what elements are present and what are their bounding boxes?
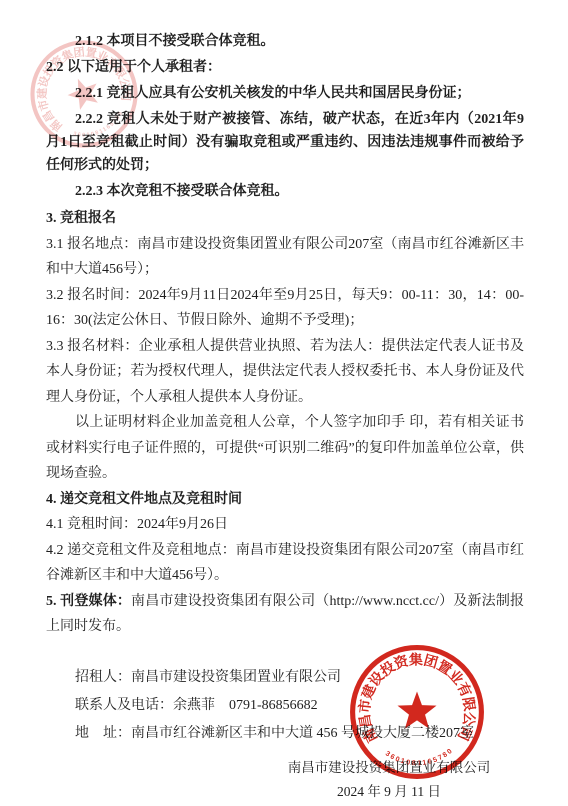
section-2-eligibility: 2.1.2 本项目不接受联合体竞租。 2.2 以下适用于个人承租者： 2.2.1…	[46, 30, 524, 203]
section-4-submission: 4. 递交竞租文件地点及竞租时间 4.1 竞租时间：2024年9月26日 4.2…	[46, 487, 524, 589]
section-4-heading: 4. 递交竞租文件地点及竞租时间	[46, 487, 524, 513]
clause-3-3-materials: 3.3 报名材料：企业承租人提供营业执照、若为法人：提供法定代表人证书及本人身份…	[46, 334, 524, 411]
lessor-line: 招租人：南昌市建设投资集团置业有限公司	[75, 664, 524, 692]
section-5-media: 5. 刊登媒体：南昌市建设投资集团有限公司（http://www.ncct.cc…	[46, 589, 524, 640]
clause-3-2-time: 3.2 报名时间：2024年9月11日2024年至9月25日，每天9：00-11…	[46, 283, 524, 334]
document-body: 2.1.2 本项目不接受联合体竞租。 2.2 以下适用于个人承租者： 2.2.1…	[46, 30, 524, 804]
signature-block: 南昌市建设投资集团置业有限公司 2024 年 9 月 11 日	[284, 756, 494, 804]
clause-3-1-location: 3.1 报名地点：南昌市建设投资集团置业有限公司207室（南昌市红谷滩新区丰和中…	[46, 232, 524, 283]
clause-2-2: 2.2 以下适用于个人承租者：	[46, 56, 524, 79]
scanned-document-page: 2.1.2 本项目不接受联合体竞租。 2.2 以下适用于个人承租者： 2.2.1…	[0, 0, 568, 806]
section-3-heading: 3. 竞租报名	[46, 206, 524, 232]
clause-2-2-1: 2.2.1 竞租人应具有公安机关核发的中华人民共和国居民身份证；	[46, 82, 524, 105]
clause-2-2-3: 2.2.3 本次竞租不接受联合体竞租。	[46, 180, 524, 203]
clause-4-1-bid-time: 4.1 竞租时间：2024年9月26日	[46, 512, 524, 538]
clause-4-2-bid-location: 4.2 递交竞租文件及竞租地点：南昌市建设投资集团有限公司207室（南昌市红谷滩…	[46, 538, 524, 589]
clause-2-1-2: 2.1.2 本项目不接受联合体竞租。	[46, 30, 524, 53]
contact-block: 招租人：南昌市建设投资集团置业有限公司 联系人及电话：余燕菲 0791-8685…	[46, 664, 524, 748]
clause-3-3-note: 以上证明材料企业加盖竞租人公章，个人签字加印手 印，若有相关证书或材料实行电子证…	[46, 410, 524, 487]
signature-date: 2024 年 9 月 11 日	[284, 780, 494, 804]
contact-phone-line: 联系人及电话：余燕菲 0791-86856682	[75, 692, 524, 720]
section-3-registration: 3. 竞租报名 3.1 报名地点：南昌市建设投资集团置业有限公司207室（南昌市…	[46, 206, 524, 487]
section-5-heading: 5. 刊登媒体：	[46, 594, 131, 609]
address-line: 地 址：南昌市红谷滩新区丰和中大道 456 号城投大厦二楼207室	[75, 720, 524, 748]
clause-2-2-2: 2.2.2 竞租人未处于财产被接管、冻结，破产状态，在近3年内（2021年9月1…	[46, 108, 524, 177]
signature-company: 南昌市建设投资集团置业有限公司	[284, 756, 494, 780]
